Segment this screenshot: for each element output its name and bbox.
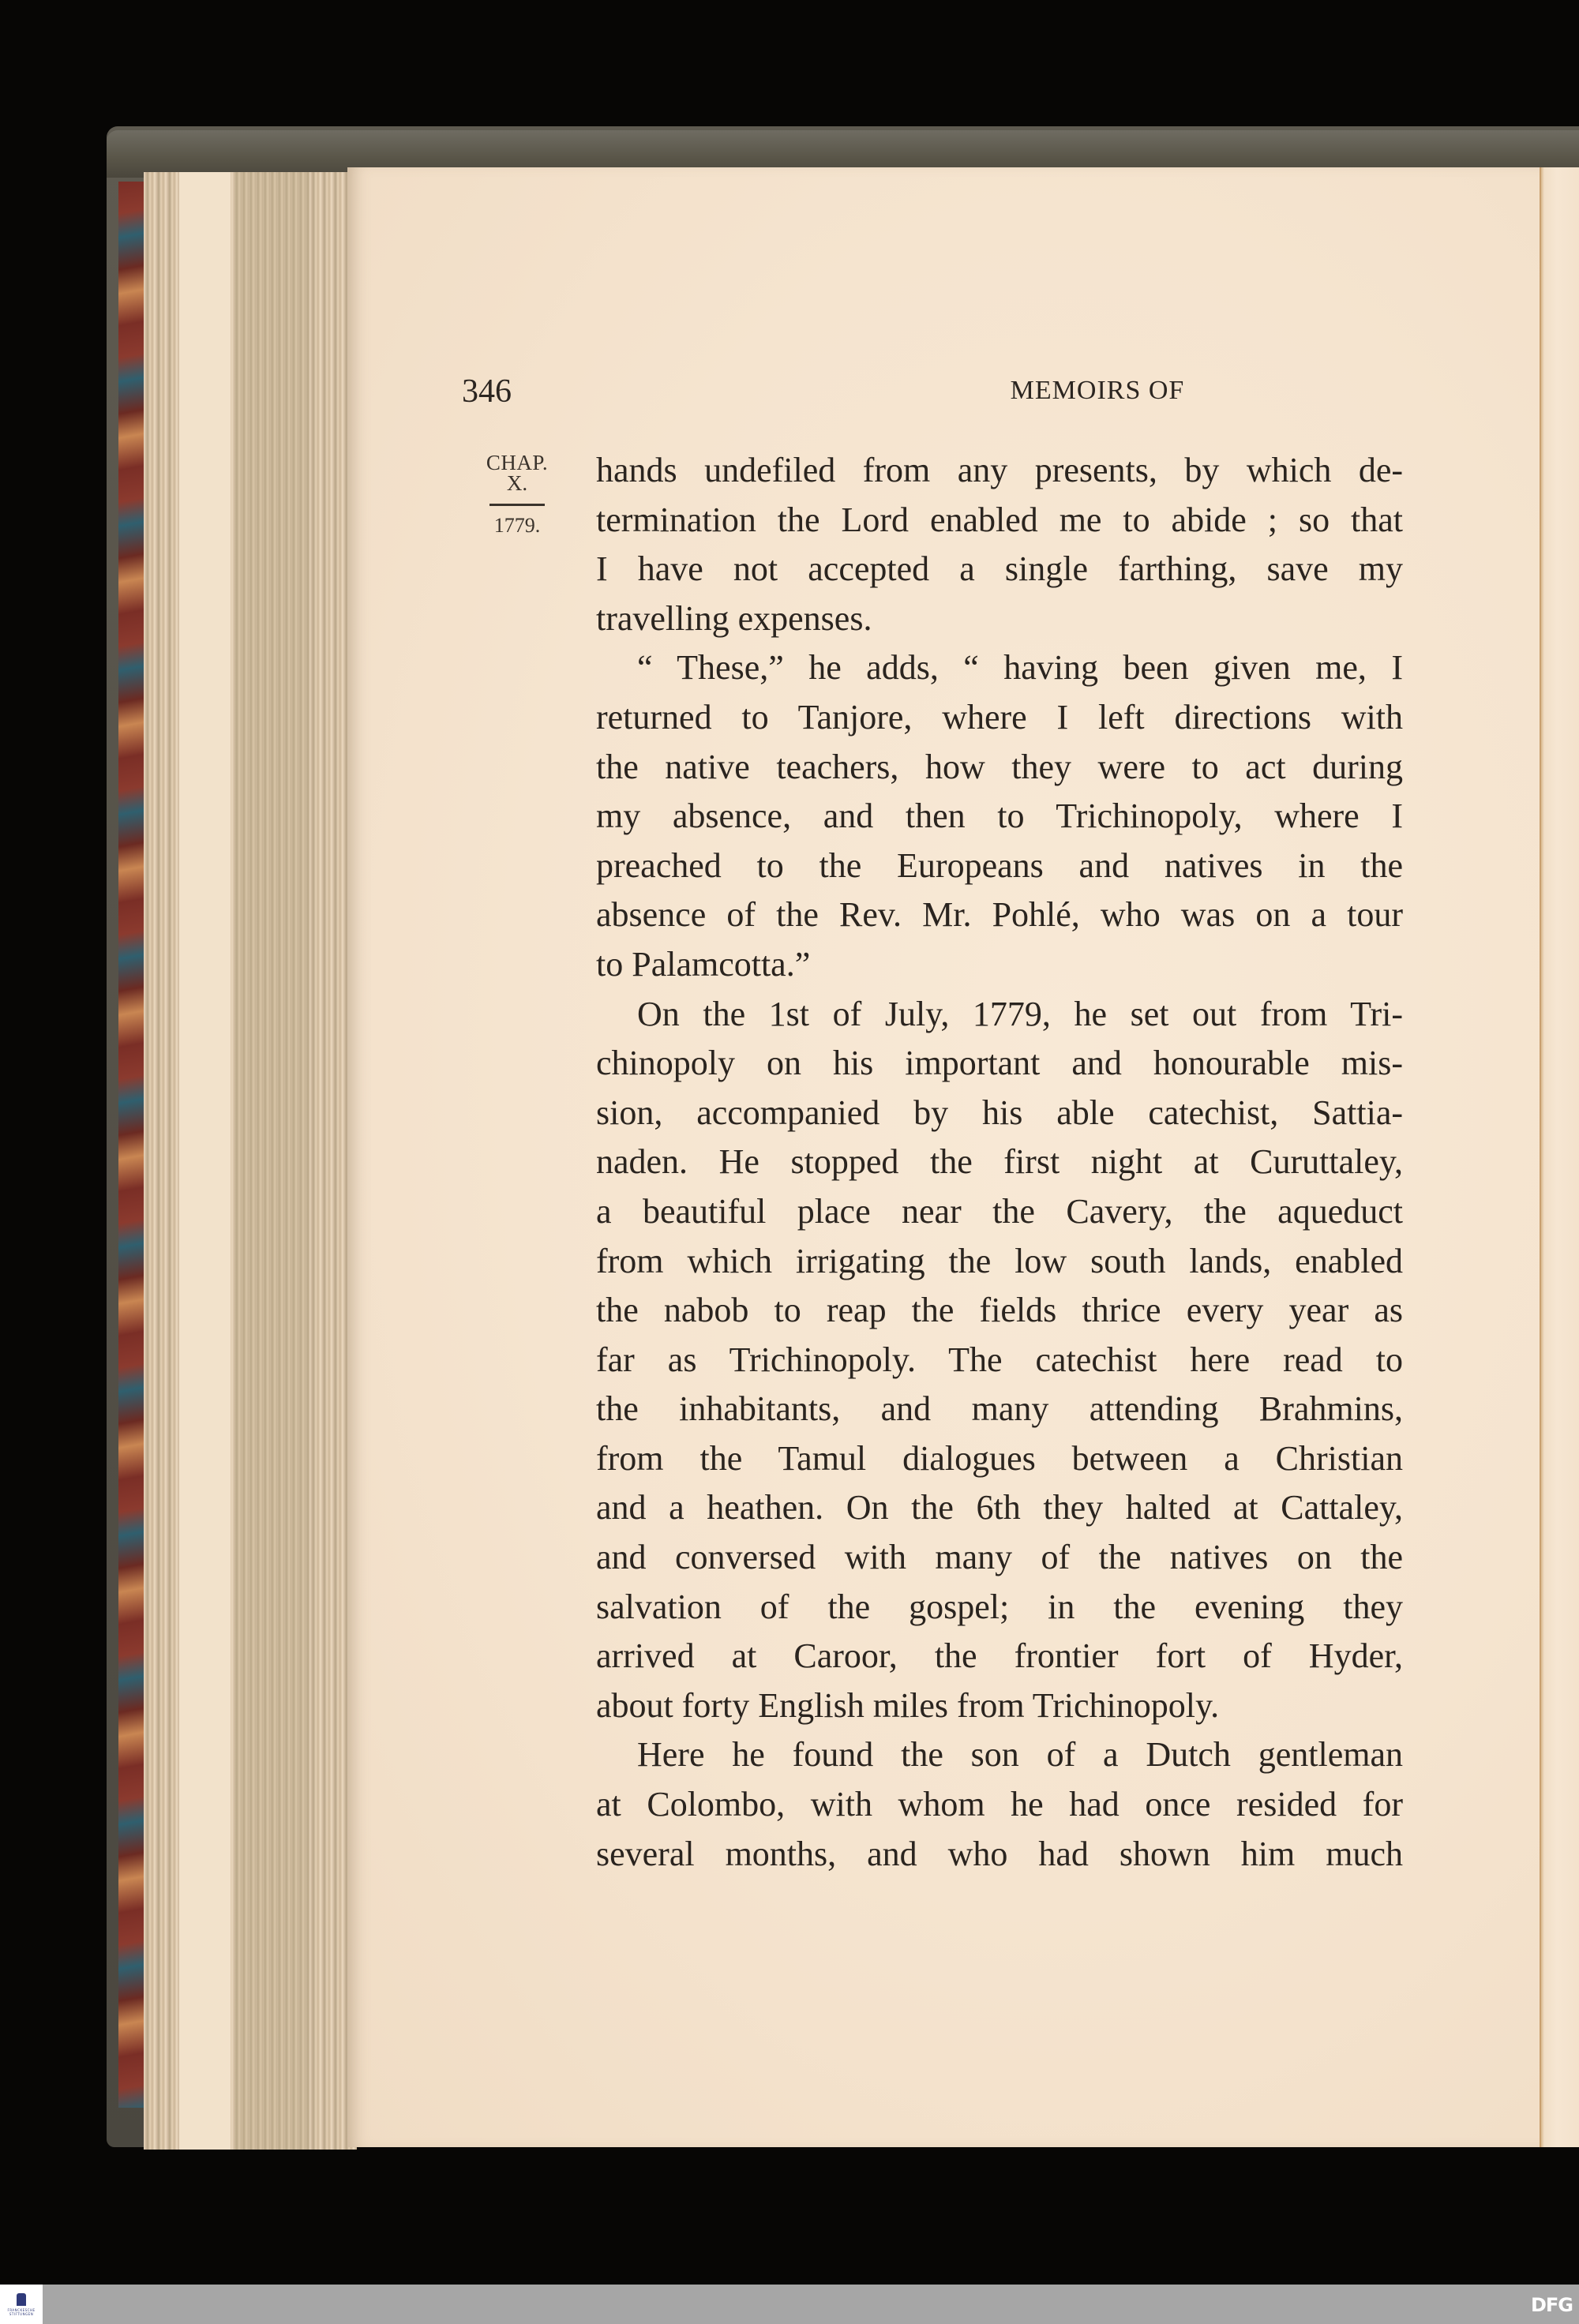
text-line: hands undefiled from any presents, by wh… (596, 446, 1403, 496)
text-line: far as Trichinopoly. The catechist here … (596, 1336, 1403, 1385)
page-stack-band (179, 172, 231, 2150)
margin-year: 1779. (474, 514, 561, 538)
chapter-number: X. (474, 474, 561, 493)
marbled-endpaper-edge (118, 182, 144, 2108)
text-line: salvation of the gospel; in the evening … (596, 1583, 1403, 1632)
text-line: about forty English miles from Trichinop… (596, 1681, 1403, 1731)
text-line: I have not accepted a single farthing, s… (596, 545, 1403, 594)
page-stack-band (234, 172, 309, 2150)
text-line: “ These,” he adds, “ having been given m… (596, 643, 1403, 693)
text-line: the nabob to reap the fields thrice ever… (596, 1286, 1403, 1336)
text-line: chinopoly on his important and honourabl… (596, 1039, 1403, 1089)
text-line: the inhabitants, and many attending Brah… (596, 1385, 1403, 1434)
text-line: Here he found the son of a Dutch gentlem… (596, 1730, 1403, 1780)
page-stack-edges (144, 172, 357, 2150)
francke-figure-icon (17, 2293, 26, 2306)
text-line: my absence, and then to Trichinopoly, wh… (596, 792, 1403, 842)
text-line: and conversed with many of the natives o… (596, 1533, 1403, 1583)
running-title: MEMOIRS OF (884, 376, 1311, 406)
text-line: arrived at Caroor, the frontier fort of … (596, 1632, 1403, 1681)
next-page-edge (1540, 167, 1579, 2147)
page-number: 346 (462, 373, 512, 410)
dfg-logo[interactable]: DFG (1531, 2294, 1573, 2316)
text-line: termination the Lord enabled me to abide… (596, 496, 1403, 545)
margin-note: CHAP. X. 1779. (474, 452, 561, 538)
text-line: travelling expenses. (596, 594, 1403, 644)
text-line: absence of the Rev. Mr. Pohlé, who was o… (596, 890, 1403, 940)
text-line: several months, and who had shown him mu… (596, 1830, 1403, 1880)
text-line: preached to the Europeans and natives in… (596, 842, 1403, 891)
text-line: naden. He stopped the first night at Cur… (596, 1138, 1403, 1187)
text-line: and a heathen. On the 6th they halted at… (596, 1483, 1403, 1533)
text-line: from the Tamul dialogues between a Chris… (596, 1434, 1403, 1484)
logo-text-line-2: STIFTUNGEN (9, 2312, 33, 2316)
text-line: a beautiful place near the Cavery, the a… (596, 1187, 1403, 1237)
viewer-footer-bar: FRANCKESCHE STIFTUNGEN DFG (0, 2285, 1579, 2324)
text-line: from which irrigating the low south land… (596, 1237, 1403, 1287)
chapter-label: CHAP. (474, 452, 561, 474)
text-line: On the 1st of July, 1779, he set out fro… (596, 990, 1403, 1040)
francke-foundation-logo[interactable]: FRANCKESCHE STIFTUNGEN (0, 2285, 43, 2324)
text-line: returned to Tanjore, where I left direct… (596, 693, 1403, 743)
text-line: the native teachers, how they were to ac… (596, 743, 1403, 793)
text-line: to Palamcotta.” (596, 940, 1403, 990)
text-line: sion, accompanied by his able catechist,… (596, 1089, 1403, 1138)
body-text: hands undefiled from any presents, by wh… (596, 446, 1403, 1879)
margin-rule (489, 504, 545, 506)
text-line: at Colombo, with whom he had once reside… (596, 1780, 1403, 1830)
